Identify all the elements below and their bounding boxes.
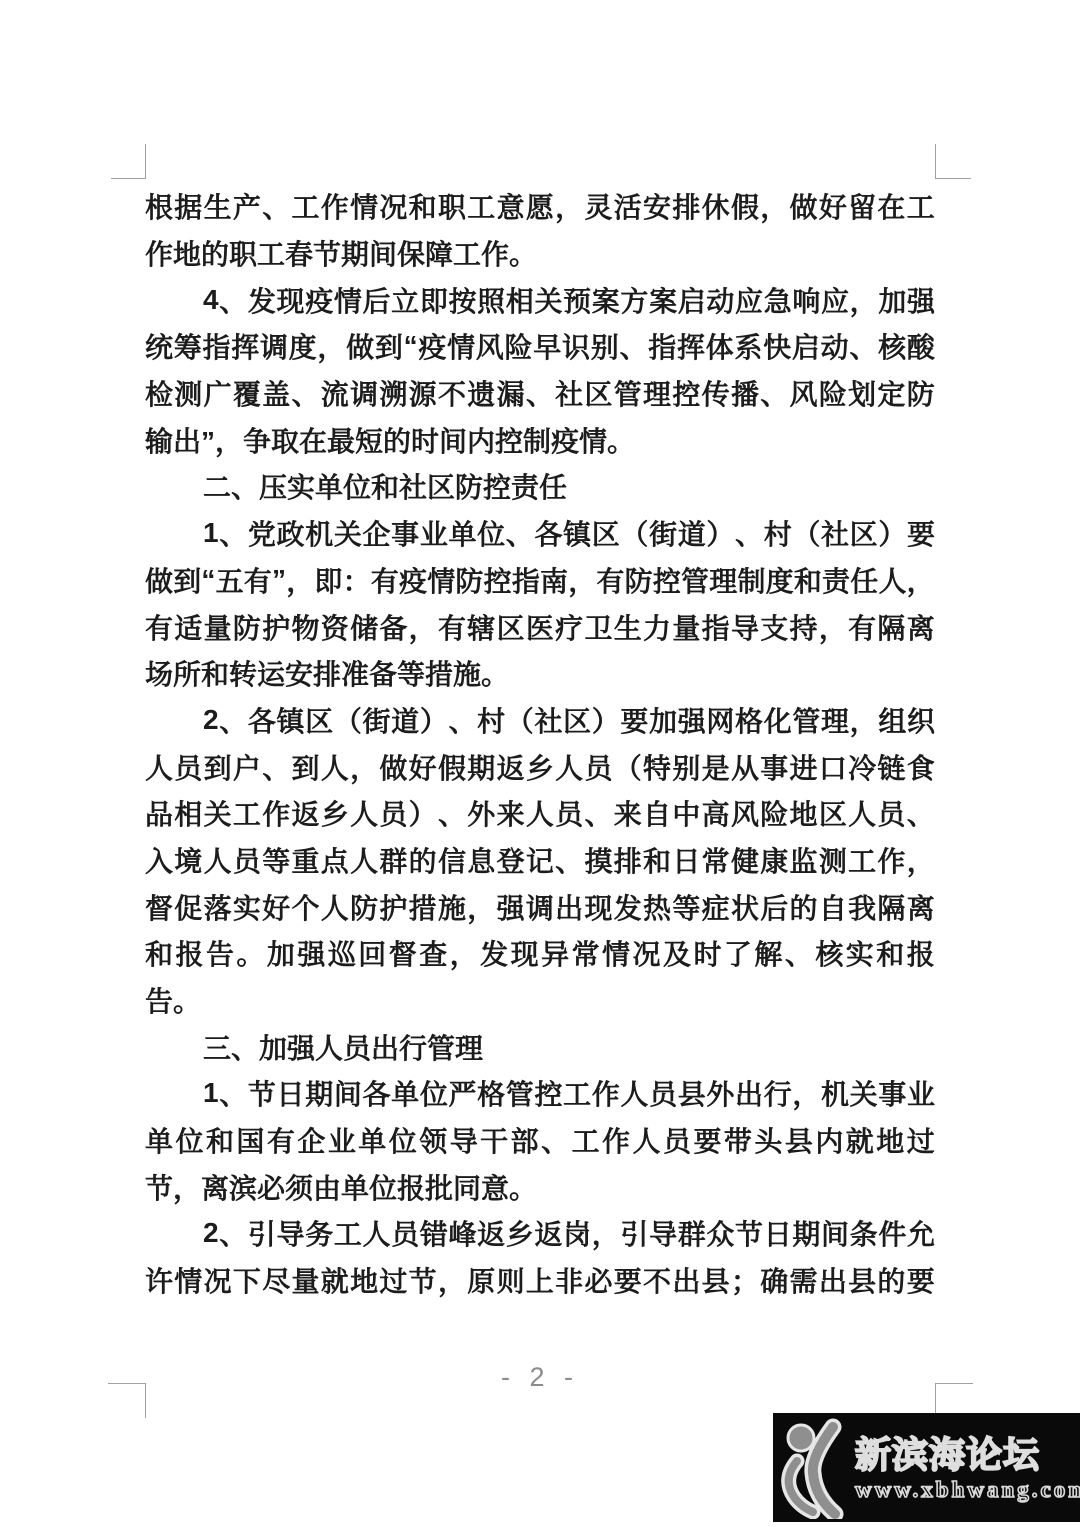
text-line: 告。: [145, 977, 935, 1024]
text-line: 统筹指挥调度，做到“疫情风险早识别、指挥体系快启动、核酸: [145, 323, 935, 370]
document-page: 根据生产、工作情况和职工意愿，灵活安排休假，做好留在工 作地的职工春节期间保障工…: [0, 0, 1080, 1527]
watermark-banner: 新滨海论坛 www.xbhwang.com: [773, 1413, 1080, 1522]
text-line: 4、发现疫情后立即按照相关预案方案启动应急响应，加强: [145, 276, 935, 323]
text-line: 根据生产、工作情况和职工意愿，灵活安排休假，做好留在工: [145, 183, 935, 230]
text-line: 场所和转运安排准备等措施。: [145, 650, 935, 697]
text-line: 1、党政机关企事业单位、各镇区（街道）、村（社区）要: [145, 510, 935, 557]
text-line: 和报告。加强巡回督查，发现异常情况及时了解、核实和报: [145, 930, 935, 977]
document-body: 根据生产、工作情况和职工意愿，灵活安排休假，做好留在工 作地的职工春节期间保障工…: [145, 183, 935, 1304]
text-line: 做到“五有”，即：有疫情防控指南，有防控管理制度和责任人，: [145, 557, 935, 604]
crop-mark-top-left-icon: [111, 144, 146, 179]
text-line: 检测广覆盖、流调溯源不遗漏、社区管理控传播、风险划定防: [145, 370, 935, 417]
text-line: 节，离滨必须由单位报批同意。: [145, 1163, 935, 1210]
text-line: 入境人员等重点人群的信息登记、摸排和日常健康监测工作，: [145, 837, 935, 884]
text-line: 2、各镇区（街道）、村（社区）要加强网格化管理，组织: [145, 697, 935, 744]
text-line: 品相关工作返乡人员）、外来人员、来自中高风险地区人员、: [145, 790, 935, 837]
crop-mark-top-right-icon: [935, 144, 971, 179]
watermark-text: 新滨海论坛 www.xbhwang.com: [855, 1433, 1080, 1503]
text-line: 2、引导务工人员错峰返乡返岗，引导群众节日期间条件允: [145, 1210, 935, 1257]
text-line: 1、节日期间各单位严格管控工作人员县外出行，机关事业: [145, 1070, 935, 1117]
section-heading: 三、加强人员出行管理: [145, 1023, 935, 1070]
section-heading: 二、压实单位和社区防控责任: [145, 463, 935, 510]
text-line: 许情况下尽量就地过节，原则上非必要不出县；确需出县的要: [145, 1257, 935, 1304]
text-line: 单位和国有企业单位领导干部、工作人员要带头县内就地过: [145, 1117, 935, 1164]
text-line: 人员到户、到人，做好假期返乡人员（特别是从事进口冷链食: [145, 743, 935, 790]
page-number: - 2 -: [0, 1362, 1080, 1393]
text-line: 有适量防护物资储备，有辖区医疗卫生力量指导支持，有隔离: [145, 603, 935, 650]
forum-logo-icon: [777, 1417, 853, 1519]
text-line: 督促落实好个人防护措施，强调出现发热等症状后的自我隔离: [145, 883, 935, 930]
text-line: 作地的职工春节期间保障工作。: [145, 230, 935, 277]
watermark-site-url: www.xbhwang.com: [855, 1477, 1080, 1503]
text-line: 输出”，争取在最短的时间内控制疫情。: [145, 416, 935, 463]
watermark-site-name: 新滨海论坛: [855, 1433, 1080, 1477]
